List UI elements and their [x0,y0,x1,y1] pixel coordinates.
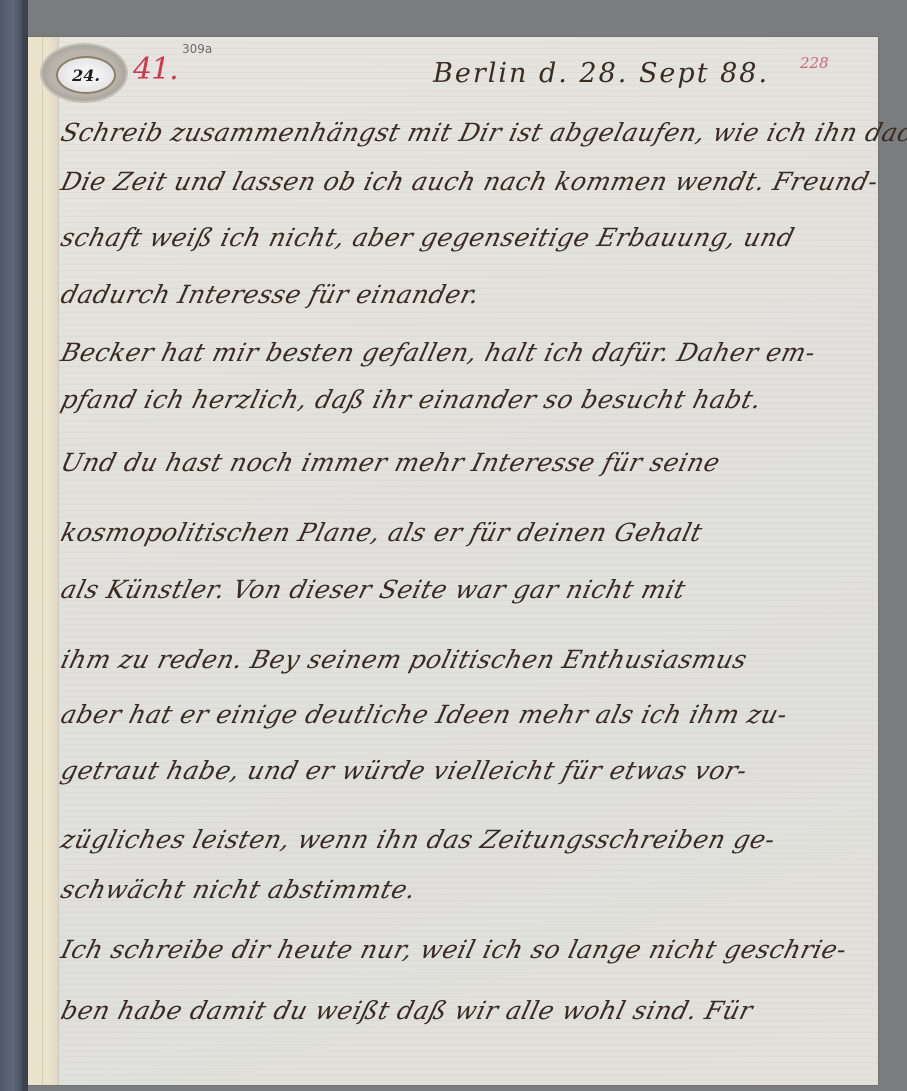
manuscript-line: ben habe damit du weißt daß wir alle woh… [58,996,756,1025]
manuscript-line: kosmopolitischen Plane, als er für deine… [58,518,706,547]
page-number: 228 [800,54,829,72]
manuscript-line: Ich schreibe dir heute nur, weil ich so … [58,935,850,964]
paper-fold-edge [28,37,59,1085]
manuscript-line: pfand ich herzlich, daß ihr einander so … [58,385,765,414]
manuscript-line: schaft weiß ich nicht, aber gegenseitige… [58,223,798,252]
manuscript-line: dadurch Interesse für einander. [58,280,483,309]
manuscript-line: schwächt nicht abstimmte. [58,875,419,904]
manuscript-line: Becker hat mir besten gefallen, halt ich… [58,338,819,367]
book-binding [0,0,22,1091]
manuscript-line: zügliches leisten, wenn ihn das Zeitungs… [58,825,778,854]
manuscript-line: Und du hast noch immer mehr Interesse fü… [58,448,723,477]
manuscript-line: Die Zeit und lassen ob ich auch nach kom… [58,167,881,196]
manuscript-line: getraut habe, und er würde vielleicht fü… [58,756,750,785]
manuscript-line: als Künstler. Von dieser Seite war gar n… [58,575,689,604]
folio-number-red: 41. [133,52,178,87]
archive-label-number: 24. [56,56,116,94]
manuscript-line: ihm zu reden. Bey seinem politischen Ent… [58,645,750,674]
letter-dateline: Berlin d. 28. Sept 88. [433,58,769,89]
manuscript-line: Schreib zusammenhängst mit Dir ist abgel… [58,118,907,147]
archive-label-seal: 24. [42,45,126,101]
manuscript-line: aber hat er einige deutliche Ideen mehr … [58,700,791,729]
folio-number-pencil: 309a [182,42,212,56]
